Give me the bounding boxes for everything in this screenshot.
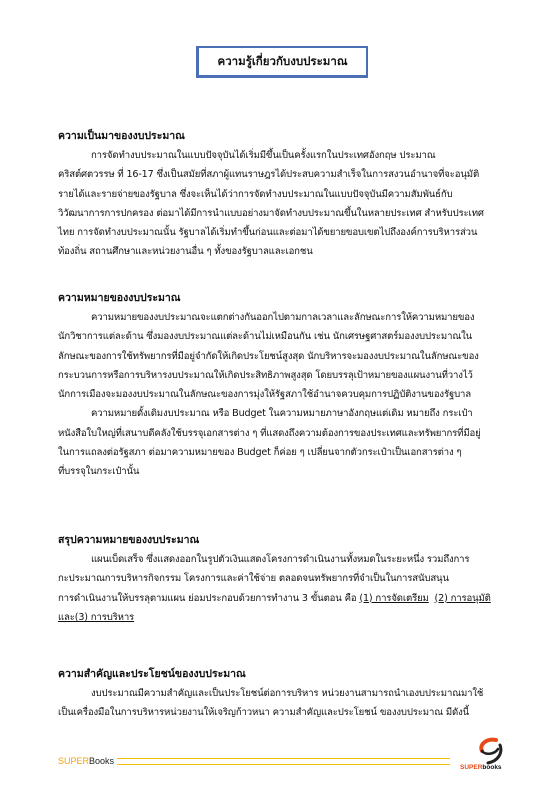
page-footer: SUPERBooks (58, 754, 450, 768)
section-heading: สรุปความหมายของงบประมาณ (58, 532, 498, 548)
text-line: การจัดทำงบประมาณในแบบปัจจุบันได้เริ่มมีข… (58, 146, 498, 165)
text-line: และ(3) การบริหาร (58, 608, 498, 627)
section-summary: สรุปความหมายของงบประมาณ แผนเบ็ดเสร็จ ซึ่… (58, 532, 498, 627)
swirl-logo-icon (476, 737, 504, 765)
step-2: (2) การอนุมัติ (435, 593, 491, 604)
text-line: ลักษณะของการใช้ทรัพยากรที่มีอยู่จำกัดให้… (58, 347, 498, 366)
footer-double-rule (117, 758, 450, 765)
footer-brand-books: Books (89, 756, 114, 766)
text-line: ความหมายของงบประมาณจะแตกต่างกันออกไปตามก… (58, 308, 498, 327)
step-1: (1) การจัดเตรียม (359, 593, 428, 604)
logo-books: books (482, 764, 501, 771)
paragraph: แผนเบ็ดเสร็จ ซึ่งแสดงออกในรูปตัวเงินแสดง… (58, 550, 498, 627)
paragraph: การจัดทำงบประมาณในแบบปัจจุบันได้เริ่มมีข… (58, 146, 498, 262)
text-line: ท้องถิ่น สถานศึกษาและหน่วยงานอื่น ๆ ทั้ง… (58, 242, 498, 261)
paragraph: ความหมายของงบประมาณจะแตกต่างกันออกไปตามก… (58, 308, 498, 404)
footer-brand-super: SUPER (58, 756, 89, 766)
text-line: รายได้และรายจ่ายของรัฐบาล ซึ่งจะเห็นได้ว… (58, 185, 498, 204)
section-meaning: ความหมายของงบประมาณ ความหมายของงบประมาณจ… (58, 290, 498, 482)
text-line: นักวิชาการแต่ละด้าน ซึ่งมองงบประมาณแต่ละ… (58, 327, 498, 346)
text-fragment: การดำเนินงานให้บรรลุตามแผน ย่อมประกอบด้ว… (58, 593, 359, 604)
text-line: กะประมาณการบริหารกิจกรรม โครงการและค่าใช… (58, 569, 498, 588)
text-line: คริสต์ศตวรรษ ที่ 16-17 ซึ่งเป็นสมัยที่สภ… (58, 165, 498, 184)
section-history: ความเป็นมาของงบประมาณ การจัดทำงบประมาณใน… (58, 128, 498, 262)
logo-wordmark: SUPERbooks (460, 764, 502, 771)
text-line: หนังสือใบใหญ่ที่เสนาบดีคลังใช้บรรจุเอกสา… (58, 424, 498, 443)
text-line: การดำเนินงานให้บรรลุตามแผน ย่อมประกอบด้ว… (58, 589, 498, 608)
document-title: ความรู้เกี่ยวกับงบประมาณ (218, 53, 348, 71)
text-line: นักการเมืองจะมองงบประมาณในลักษณะของการมุ… (58, 385, 498, 404)
text-line: กระบวนการหรือการบริหารงบประมาณให้เกิดประ… (58, 366, 498, 385)
text-line: แผนเบ็ดเสร็จ ซึ่งแสดงออกในรูปตัวเงินแสดง… (58, 550, 498, 569)
document-title-box: ความรู้เกี่ยวกับงบประมาณ (196, 46, 368, 78)
logo-super: SUPER (460, 764, 482, 771)
section-heading: ความเป็นมาของงบประมาณ (58, 128, 498, 144)
text-line: ในการแถลงต่อรัฐสภา ต่อมาความหมายของ Budg… (58, 443, 498, 462)
text-line: งบประมาณมีความสำคัญและเป็นประโยชน์ต่อการ… (58, 684, 498, 703)
section-importance: ความสำคัญและประโยชน์ของงบประมาณ งบประมาณ… (58, 666, 498, 723)
text-line: ที่บรรจุในกระเป๋านั้น (58, 462, 498, 481)
superbooks-logo: SUPERbooks (452, 737, 532, 777)
paragraph: ความหมายดั้งเดิมงบประมาณ หรือ Budget ในค… (58, 404, 498, 481)
paragraph: งบประมาณมีความสำคัญและเป็นประโยชน์ต่อการ… (58, 684, 498, 723)
text-line: ไทย การจัดทำงบประมาณนั้น รัฐบาลได้เริ่มท… (58, 223, 498, 242)
text-line: เป็นเครื่องมือในการบริหารหน่วยงานให้เจริ… (58, 703, 498, 722)
section-heading: ความสำคัญและประโยชน์ของงบประมาณ (58, 666, 498, 682)
text-line: วิวัฒนาการการปกครอง ต่อมาได้มีการนำแบบอย… (58, 204, 498, 223)
step-3: และ(3) การบริหาร (58, 612, 134, 623)
text-line: ความหมายดั้งเดิมงบประมาณ หรือ Budget ในค… (58, 404, 498, 423)
section-heading: ความหมายของงบประมาณ (58, 290, 498, 306)
